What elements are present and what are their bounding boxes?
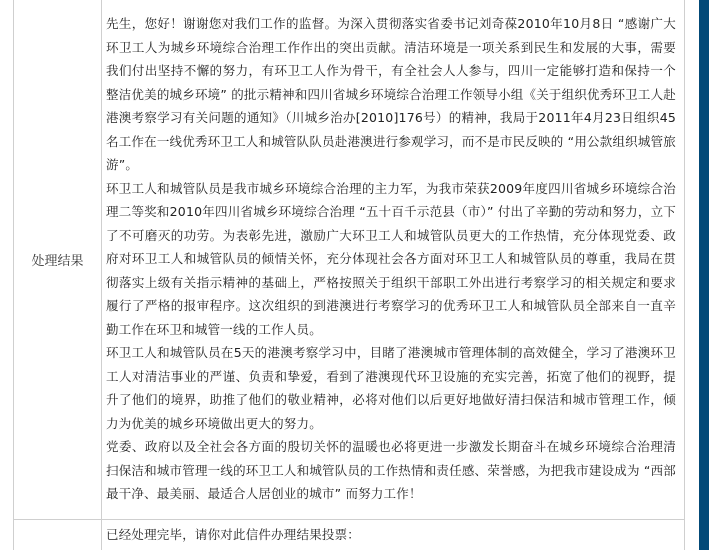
result-paragraph-1: 先生，您好！谢谢您对我们工作的监督。为深入贯彻落实省委书记刘奇葆2010年10月… bbox=[106, 12, 676, 177]
page-side-strip bbox=[699, 0, 709, 550]
result-row: 处理结果 先生，您好！谢谢您对我们工作的监督。为深入贯彻落实省委书记刘奇葆201… bbox=[14, 0, 684, 520]
vote-prompt-text: 已经处理完毕，请你对此信件办理结果投票： bbox=[106, 523, 676, 547]
result-paragraph-2: 环卫工人和城管队员是我市城乡环境综合治理的主力军，为我市荣获2009年度四川省城… bbox=[106, 177, 676, 342]
result-content: 先生，您好！谢谢您对我们工作的监督。为深入贯彻落实省委书记刘奇葆2010年10月… bbox=[102, 0, 684, 519]
vote-label bbox=[14, 520, 102, 550]
result-paragraph-3: 环卫工人和城管队员在5天的港澳考察学习中，目睹了港澳城市管理体制的高效健全，学习… bbox=[106, 341, 676, 435]
result-label: 处理结果 bbox=[14, 0, 102, 519]
reply-table: 处理结果 先生，您好！谢谢您对我们工作的监督。为深入贯彻落实省委书记刘奇葆201… bbox=[13, 0, 685, 550]
vote-row: 已经处理完毕，请你对此信件办理结果投票： bbox=[14, 520, 684, 550]
result-paragraph-4: 党委、政府以及全社会各方面的殷切关怀的温暖也必将更进一步激发长期奋斗在城乡环境综… bbox=[106, 435, 676, 506]
vote-prompt: 已经处理完毕，请你对此信件办理结果投票： bbox=[102, 520, 684, 550]
